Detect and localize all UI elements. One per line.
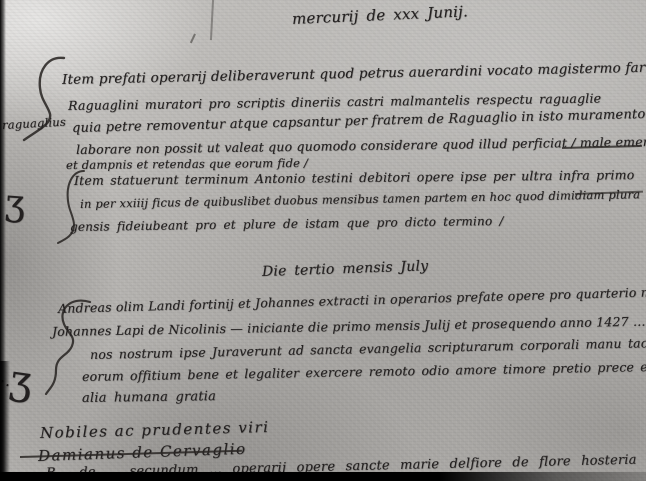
section-heading-nobiles: Nobiles ac prudentes viri [40,418,270,442]
manuscript-line: eorum offitium bene et legaliter exercer… [82,358,646,384]
manuscript-line: laborare non possit ut valeat quo quomod… [76,134,646,157]
manuscript-scan-page: mercurij de xxx Junij. raguaglius Item p… [0,0,646,481]
stray-ink-speck [190,33,196,43]
scan-edge-left [0,0,6,481]
manuscript-line: gensis fideiubeant pro et plure de istam… [70,214,504,234]
margin-paragraph-mark-2: ʒ [7,356,36,405]
paper-crease-mark [210,0,214,40]
date-heading-june: mercurij de xxx Junij. [292,2,469,28]
manuscript-line: et dampnis et retendas que eorum fide / [66,156,308,172]
margin-mark-dots: ·. [0,372,10,390]
manuscript-line: Item prefati operarij deliberaverunt quo… [62,59,646,88]
manuscript-line: Andreas olim Landi fortinij et Johannes … [58,283,646,316]
paragraph-bracket-flourish-1 [18,54,70,146]
manuscript-line: in per xxiiij ficus de quibuslibet duobu… [80,187,640,211]
manuscript-line: alia humana gratia [82,389,216,406]
date-heading-july: Die tertio mensis July [262,258,429,280]
margin-paragraph-mark-1: ʒ [4,182,27,224]
manuscript-line: nos nostrum ipse Juraverunt ad sancta ev… [90,334,646,362]
manuscript-line: Johannes Lapi de Nicolinis — iniciante d… [52,312,646,339]
